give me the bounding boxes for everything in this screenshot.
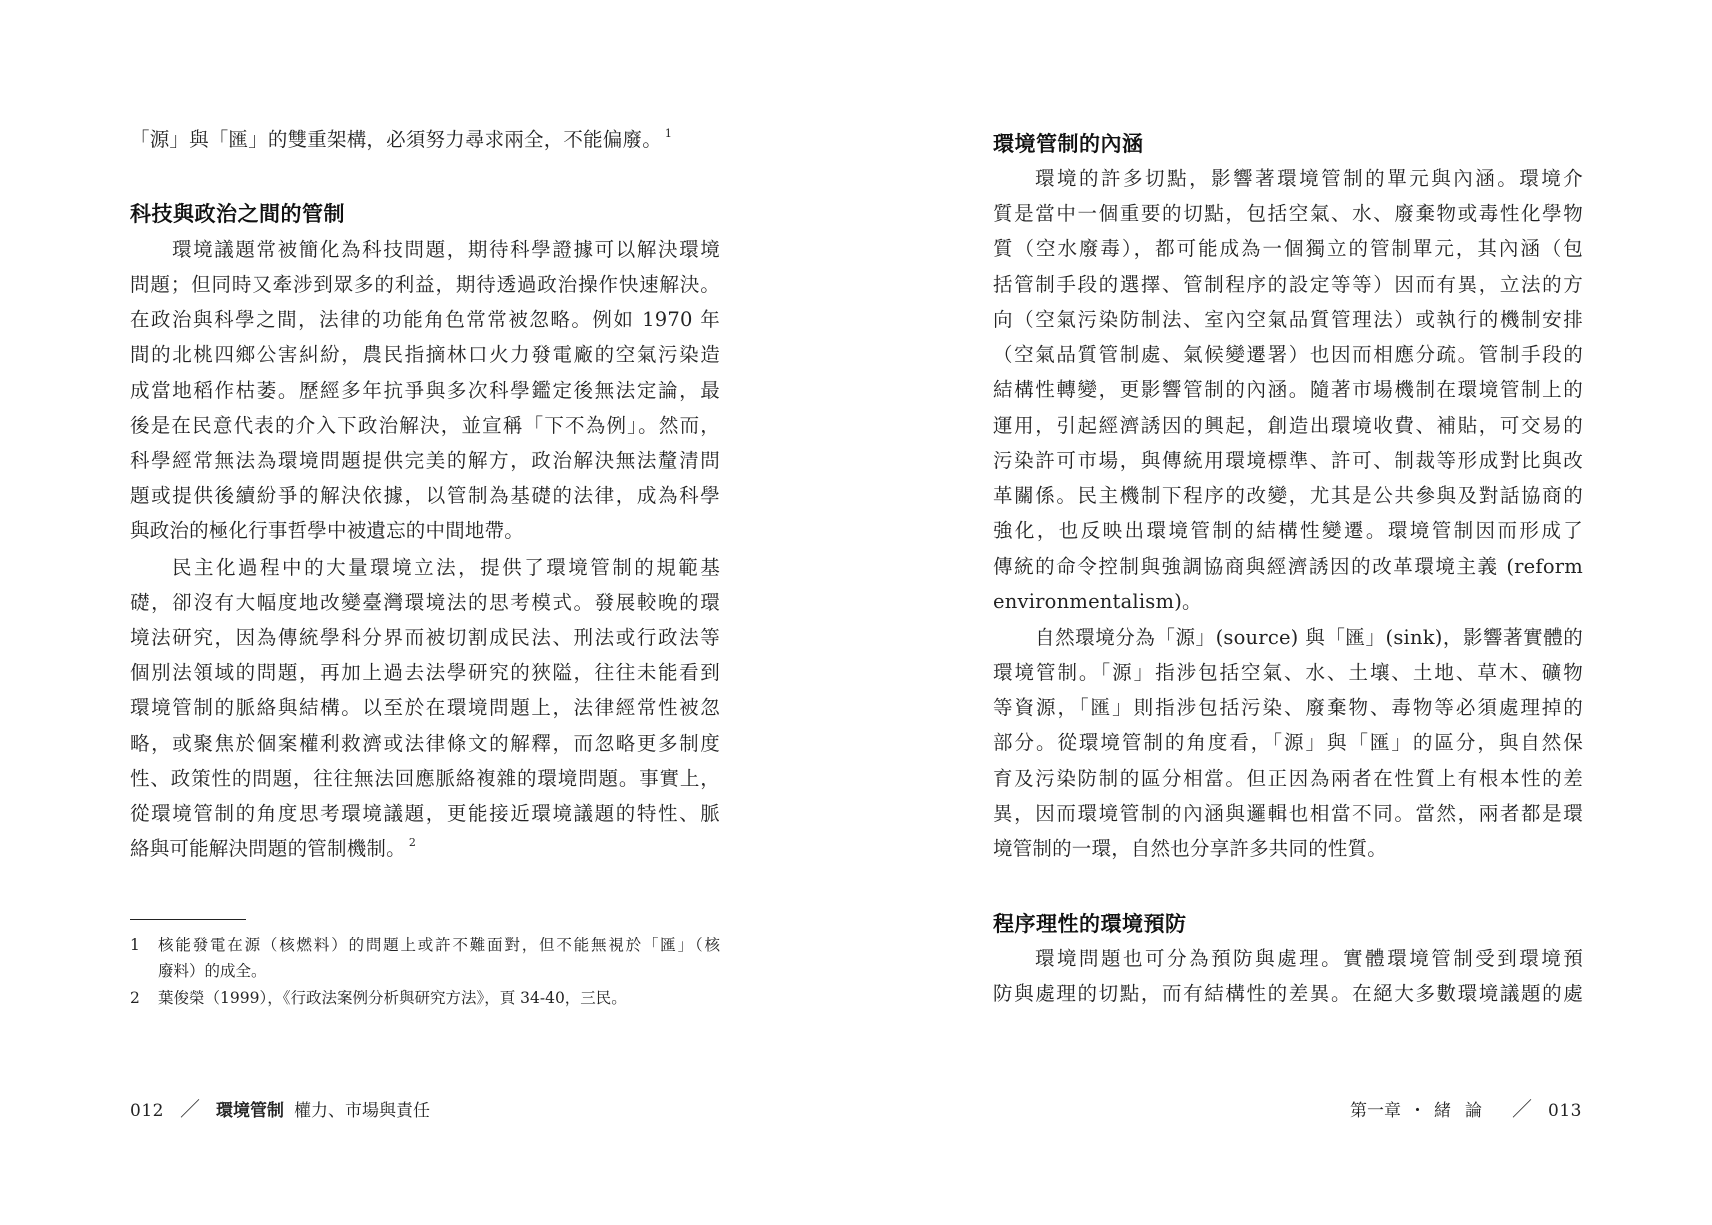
paragraph-line: 境法研究，因為傳統學科分界而被切割成民法、刑法或行政法等 [130, 620, 720, 656]
paragraph-line: （空氣品質管制處、氣候變遷署）也因而相應分疏。管制手段的 [993, 337, 1583, 373]
running-head-chapter-title: 緒論 [1434, 1101, 1496, 1121]
paragraph-line: 育及污染防制的區分相當。但正因為兩者在性質上有根本性的差 [993, 761, 1583, 797]
continuation-line: 「源」與「匯」的雙重架構，必須努力尋求兩全，不能偏廢。1 [130, 122, 720, 158]
paragraph-line: 質（空水廢毒），都可能成為一個獨立的管制單元，其內涵（包 [993, 231, 1583, 267]
folio-separator: ／ [180, 1096, 200, 1122]
paragraph-line: 括管制手段的選擇、管制程序的設定等等）因而有異，立法的方 [993, 267, 1583, 303]
paragraph-line: 性、政策性的問題，往往無法回應脈絡複雜的環境問題。事實上， [130, 761, 720, 797]
paragraph-line: 防與處理的切點，而有結構性的差異。在絕大多數環境議題的處 [993, 976, 1583, 1012]
paragraph-line: 問題；但同時又牽涉到眾多的利益，期待透過政治操作快速解決。 [130, 267, 720, 303]
footnote-divider [130, 919, 246, 920]
left-page-folio: 012／環境管制權力、市場與責任 [130, 1096, 430, 1124]
paragraph-line: 環境管制。「源」指涉包括空氣、水、土壤、土地、草木、礦物 [993, 655, 1583, 691]
paragraph-line: 向（空氣污染防制法、室內空氣品質管理法）或執行的機制安排 [993, 302, 1583, 338]
paragraph-line: 環境的許多切點，影響著環境管制的單元與內涵。環境介 [993, 161, 1583, 197]
footnote-ref-2[interactable]: 2 [409, 836, 416, 849]
footnote-line: 廢料）的成全。 [158, 958, 720, 984]
folio-separator: ／ [1512, 1096, 1532, 1122]
paragraph-line: 自然環境分為「源」(source) 與「匯」(sink)，影響著實體的 [993, 620, 1583, 656]
footnote-line: 核能發電在源（核燃料）的問題上或許不難面對，但不能無視於「匯」（核 [158, 932, 720, 958]
page-number: 012 [130, 1101, 164, 1121]
section-heading-procedural-prevention: 程序理性的環境預防 [993, 909, 1187, 939]
footnote-text: 核能發電在源（核燃料）的問題上或許不難面對，但不能無視於「匯」（核 廢料）的成全… [158, 932, 720, 984]
running-head-chapter: 第一章 [1350, 1101, 1401, 1121]
left-page: 「源」與「匯」的雙重架構，必須努力尋求兩全，不能偏廢。1 科技與政治之間的管制 … [0, 0, 856, 1225]
paragraph-line: 個別法領域的問題，再加上過去法學研究的狹隘，往往未能看到 [130, 655, 720, 691]
paragraph-line: 質是當中一個重要的切點，包括空氣、水、廢棄物或毒性化學物 [993, 196, 1583, 232]
paragraph-line: 後是在民意代表的介入下政治解決，並宣稱「下不為例」。然而， [130, 408, 720, 444]
paragraph-line: 革關係。民主機制下程序的改變，尤其是公共參與及對話協商的 [993, 478, 1583, 514]
paragraph-line: 礎，卻沒有大幅度地改變臺灣環境法的思考模式。發展較晚的環 [130, 585, 720, 621]
paragraph-line: 在政治與科學之間，法律的功能角色常常被忽略。例如 1970 年 [130, 302, 720, 338]
paragraph-line: 部分。從環境管制的角度看，「源」與「匯」的區分，與自然保 [993, 725, 1583, 761]
paragraph-line: 結構性轉變，更影響管制的內涵。隨著市場機制在環境管制上的 [993, 372, 1583, 408]
paragraph-line: 異，因而環境管制的內涵與邏輯也相當不同。當然，兩者都是環 [993, 796, 1583, 832]
paragraph-line: 與政治的極化行事哲學中被遺忘的中間地帶。 [130, 513, 720, 549]
footnote-number: 1 [130, 932, 150, 958]
footnote-2: 2 葉俊榮（1999），《行政法案例分析與研究方法》，頁 34-40，三民。 [130, 985, 720, 1011]
paragraph-line: 環境議題常被簡化為科技問題，期待科學證據可以解決環境 [130, 232, 720, 268]
paragraph-line: 略，或聚焦於個案權利救濟或法律條文的解釋，而忽略更多制度 [130, 726, 720, 762]
section-heading-regulation-content: 環境管制的內涵 [993, 129, 1144, 159]
paragraph-line: 傳統的命令控制與強調協商與經濟誘因的改革環境主義 (reform [993, 549, 1583, 585]
running-head-book-title: 環境管制 [216, 1101, 284, 1121]
paragraph-line: 等資源，「匯」則指涉包括污染、廢棄物、毒物等必須處理掉的 [993, 690, 1583, 726]
right-page-folio: 第一章・緒論／013 [1350, 1096, 1582, 1124]
continuation-text: 「源」與「匯」的雙重架構，必須努力尋求兩全，不能偏廢。 [130, 128, 662, 151]
page-number: 013 [1548, 1101, 1582, 1121]
footnote-number: 2 [130, 985, 150, 1011]
paragraph-line: environmentalism)。 [993, 584, 1583, 620]
paragraph-line: 題或提供後續紛爭的解決依據，以管制為基礎的法律，成為科學 [130, 478, 720, 514]
paragraph-line-text: 絡與可能解決問題的管制機制。 [130, 837, 406, 860]
section-heading-tech-politics: 科技與政治之間的管制 [130, 199, 345, 229]
paragraph-line: 境管制的一環，自然也分享許多共同的性質。 [993, 831, 1583, 867]
paragraph-line: 絡與可能解決問題的管制機制。2 [130, 831, 720, 867]
paragraph-line: 強化，也反映出環境管制的結構性變遷。環境管制因而形成了 [993, 513, 1583, 549]
paragraph-line: 間的北桃四鄉公害糾紛，農民指摘林口火力發電廠的空氣污染造 [130, 337, 720, 373]
paragraph-line: 環境管制的脈絡與結構。以至於在環境問題上，法律經常性被忽 [130, 690, 720, 726]
footnote-ref-1[interactable]: 1 [665, 127, 672, 140]
right-page: 環境管制的內涵 環境的許多切點，影響著環境管制的單元與內涵。環境介 質是當中一個… [856, 0, 1712, 1225]
paragraph-line: 運用，引起經濟誘因的興起，創造出環境收費、補貼，可交易的 [993, 408, 1583, 444]
footnote-line: 葉俊榮（1999），《行政法案例分析與研究方法》，頁 34-40，三民。 [158, 985, 720, 1011]
paragraph-line: 污染許可市場，與傳統用環境標準、許可、制裁等形成對比與改 [993, 443, 1583, 479]
paragraph-line: 環境問題也可分為預防與處理。實體環境管制受到環境預 [993, 941, 1583, 977]
footnote-1: 1 核能發電在源（核燃料）的問題上或許不難面對，但不能無視於「匯」（核 廢料）的… [130, 932, 720, 984]
running-head-dot: ・ [1409, 1101, 1426, 1121]
footnote-text: 葉俊榮（1999），《行政法案例分析與研究方法》，頁 34-40，三民。 [158, 985, 720, 1011]
paragraph-line: 民主化過程中的大量環境立法，提供了環境管制的規範基 [130, 550, 720, 586]
paragraph-line: 科學經常無法為環境問題提供完美的解方，政治解決無法釐清問 [130, 443, 720, 479]
paragraph-line: 從環境管制的角度思考環境議題，更能接近環境議題的特性、脈 [130, 796, 720, 832]
running-head-book-subtitle: 權力、市場與責任 [294, 1101, 430, 1121]
paragraph-line: 成當地稻作枯萎。歷經多年抗爭與多次科學鑑定後無法定論，最 [130, 373, 720, 409]
